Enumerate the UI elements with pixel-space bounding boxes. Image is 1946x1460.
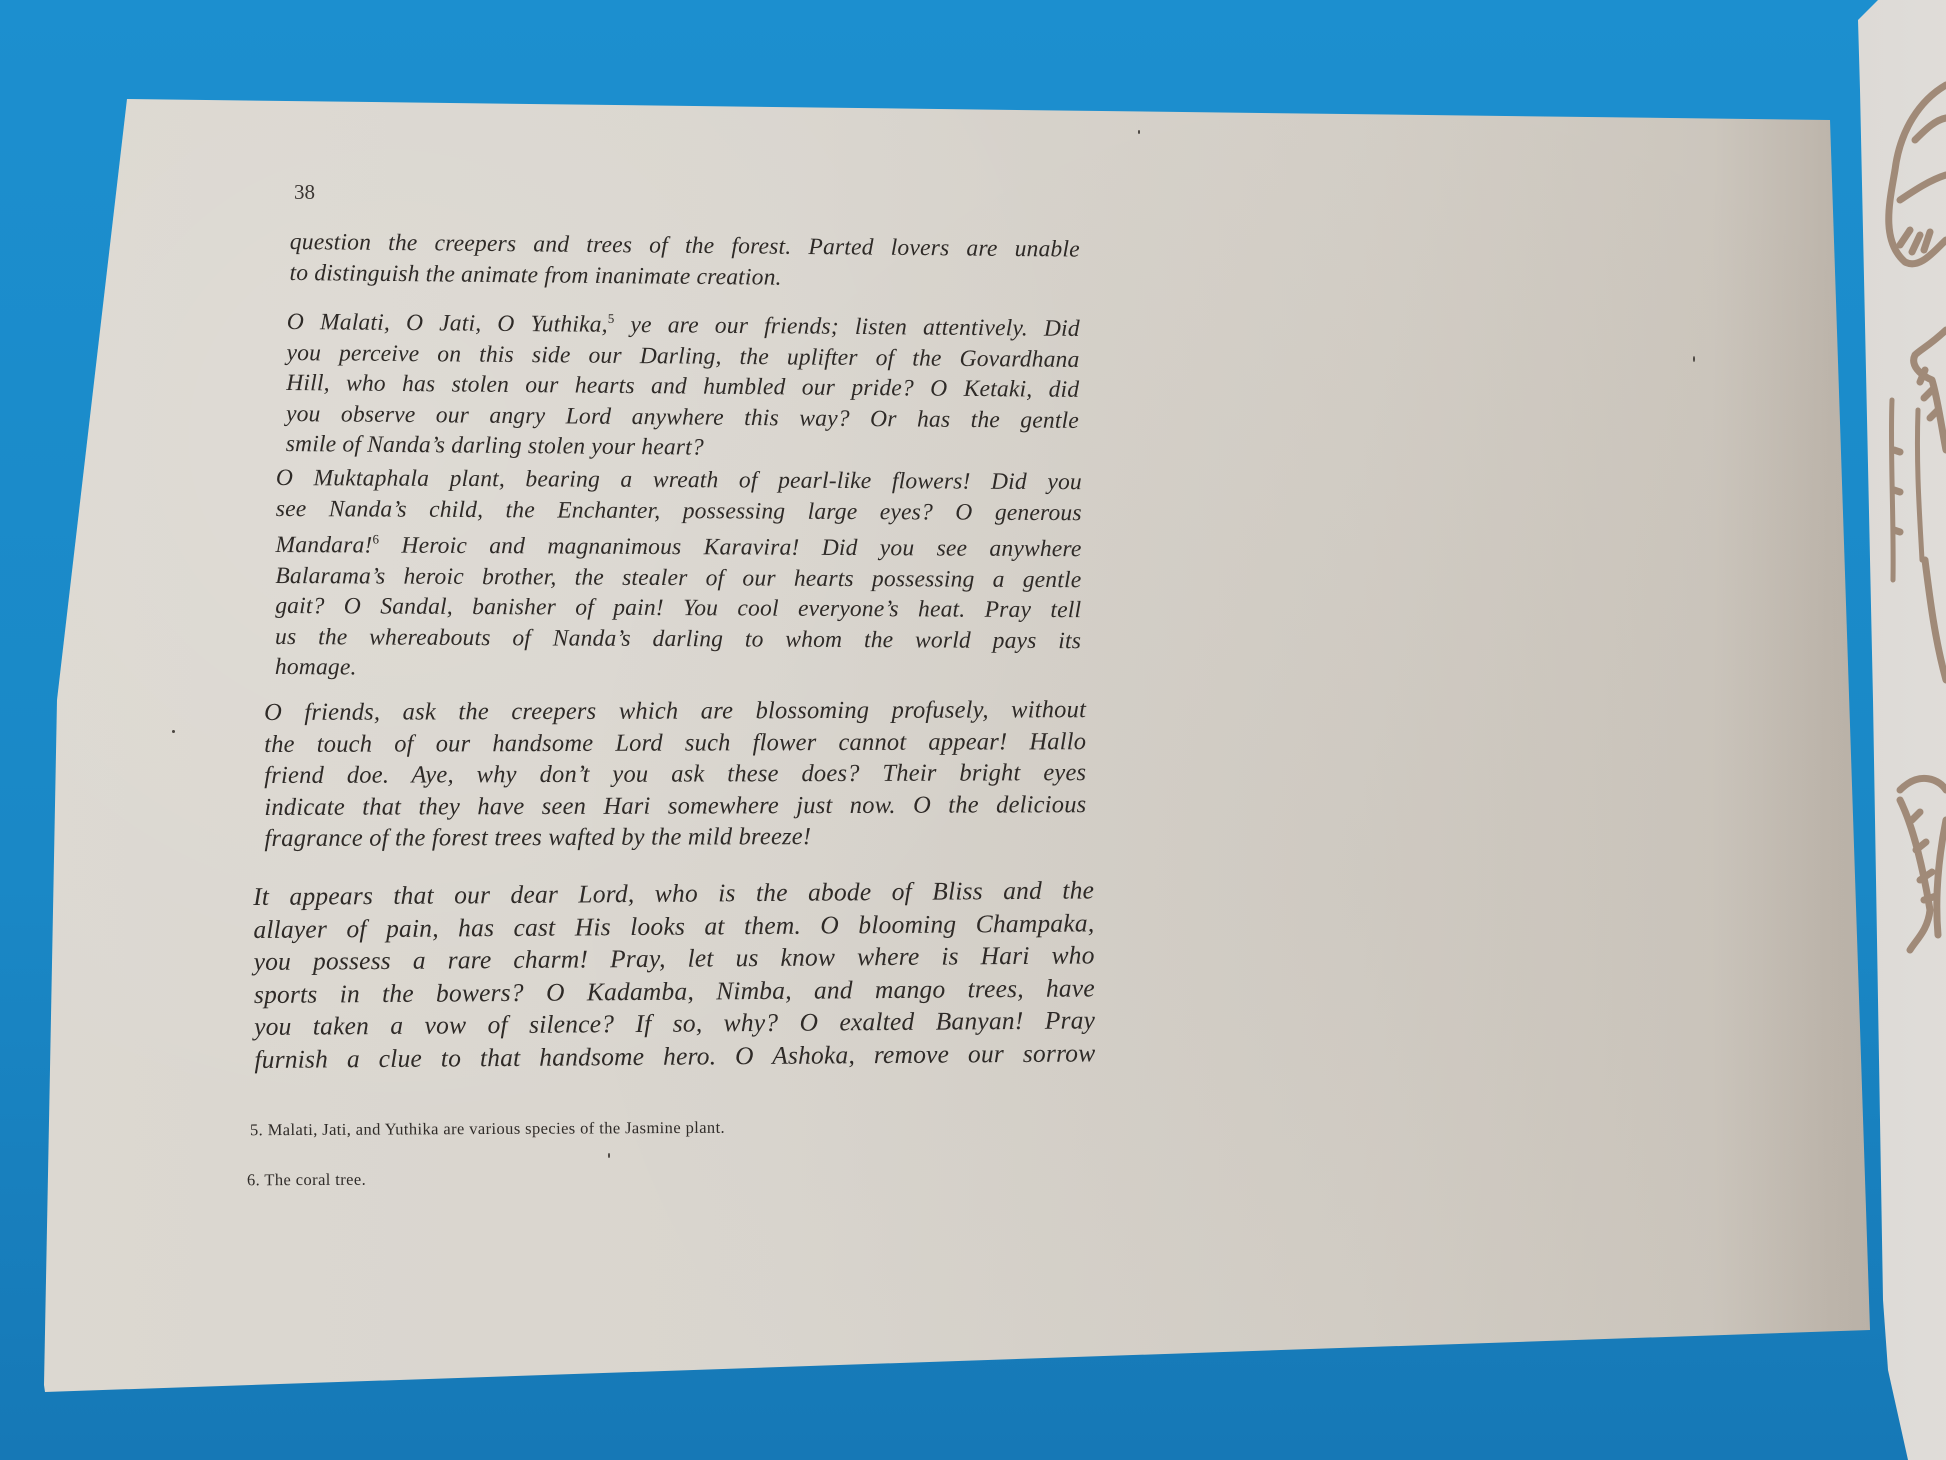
footnote-6: 6. The coral tree. (247, 1170, 366, 1191)
text-line: O friends, ask the creepers which are bl… (264, 694, 1086, 728)
paragraph-3: O Muktaphala plant, bearing a wreath of … (275, 463, 1082, 687)
footnote-5: 5. Malati, Jati, and Yuthika are various… (250, 1118, 725, 1140)
text-line: the touch of our handsome Lord such flow… (264, 726, 1086, 760)
text-line: O Muktaphala plant, bearing a wreath of … (276, 463, 1082, 498)
paper-speck (608, 1153, 610, 1158)
paragraph-1: question the creepers and trees of the f… (289, 227, 1080, 296)
text-line: us the whereabouts of Nanda’s darling to… (275, 621, 1081, 656)
text-line: indicate that they have seen Hari somewh… (264, 789, 1086, 823)
text-line: Balarama’s heroic brother, the stealer o… (275, 560, 1081, 595)
text-line: see Nanda’s child, the Enchanter, posses… (276, 493, 1082, 528)
text-line: furnish a clue to that handsome hero. O … (254, 1037, 1095, 1076)
text-line: homage. (275, 652, 1081, 687)
text-line: O Malati, O Jati, O Yuthika,5 ye are our… (287, 301, 1080, 344)
page-text: 38 question the creepers and trees of th… (0, 0, 1946, 1460)
paragraph-2: O Malati, O Jati, O Yuthika,5 ye are our… (286, 301, 1080, 466)
paper-speck (1693, 356, 1695, 362)
text-line: gait? O Sandal, banisher of pain! You co… (275, 591, 1081, 626)
paragraph-4: O friends, ask the creepers which are bl… (264, 694, 1087, 854)
text-line: Mandara!6 Heroic and magnanimous Karavir… (275, 524, 1081, 565)
paper-speck (172, 730, 175, 733)
text-line: fragrance of the forest trees wafted by … (264, 820, 1086, 854)
page-number: 38 (294, 180, 315, 205)
paper-speck (1138, 130, 1140, 134)
paragraph-5: It appears that our dear Lord, who is th… (253, 874, 1096, 1076)
text-line: friend doe. Aye, why don’t you ask these… (264, 757, 1086, 791)
